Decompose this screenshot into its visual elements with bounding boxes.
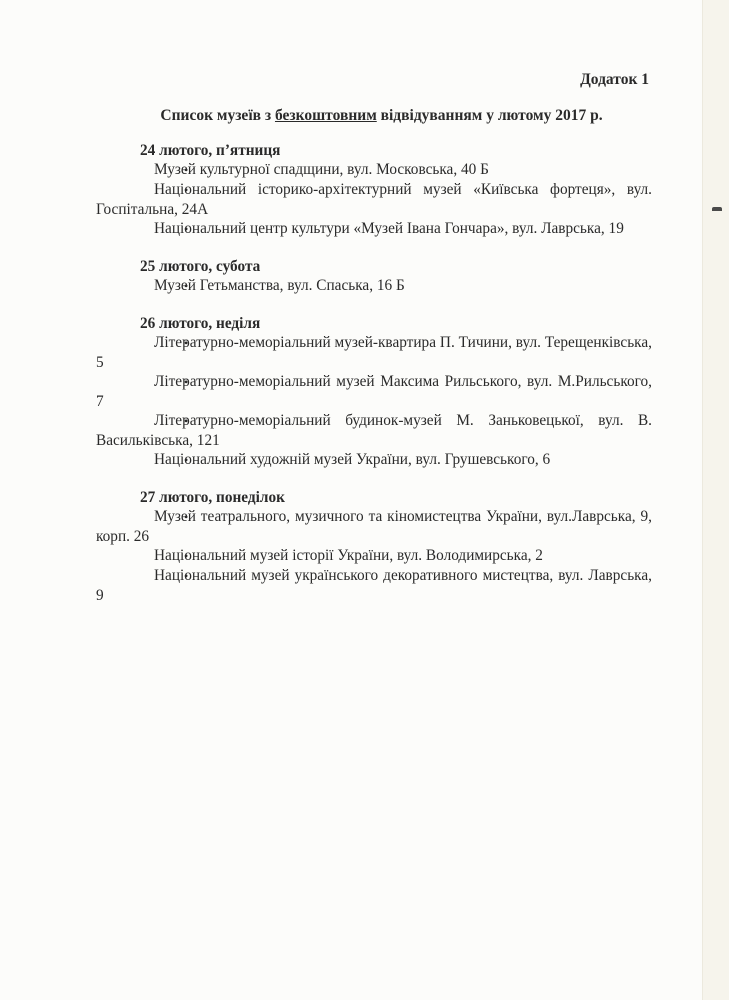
museum-entry: Національний історико-архітектурний музе…: [96, 181, 652, 218]
bullet-icon: •: [140, 412, 154, 431]
bullet-icon: •: [140, 220, 154, 239]
bullet-icon: •: [140, 334, 154, 353]
day-heading: 26 лютого, неділя: [96, 314, 652, 333]
bullet-icon: •: [140, 451, 154, 470]
title-part-1: Список музеїв з: [160, 107, 275, 124]
document-title: Список музеїв з безкоштовним відвідуванн…: [0, 107, 729, 125]
list-item: •Національний центр культури «Музей Іван…: [96, 219, 652, 239]
museum-entry: Музей театрального, музичного та кіномис…: [96, 508, 652, 545]
list-item: •Музей культурної спадщини, вул. Московс…: [96, 160, 652, 180]
museum-entry: Національний художній музей України, вул…: [154, 451, 550, 468]
museum-entry: Літературно-меморіальний музей Максима Р…: [96, 373, 652, 410]
museum-entry: Національний музей історії України, вул.…: [154, 547, 543, 564]
day-section: 27 лютого, понеділок •Музей театрального…: [96, 488, 652, 605]
day-section: 26 лютого, неділя •Літературно-меморіаль…: [96, 314, 652, 470]
bullet-icon: •: [140, 181, 154, 200]
day-heading: 25 лютого, субота: [96, 257, 652, 276]
appendix-label: Додаток 1: [580, 71, 649, 89]
list-item: •Національний музей українського декорат…: [96, 566, 652, 605]
title-part-2: відвідуванням у лютому 2017 р.: [377, 107, 603, 124]
scanned-page-edge: [702, 0, 729, 1000]
scan-artifact-mark: [712, 207, 722, 211]
title-underlined-word: безкоштовним: [275, 107, 377, 124]
museum-schedule: 24 лютого, п’ятниця •Музей культурної сп…: [96, 141, 652, 623]
list-item: •Музей театрального, музичного та кіноми…: [96, 507, 652, 546]
bullet-icon: •: [140, 277, 154, 296]
bullet-icon: •: [140, 161, 154, 180]
bullet-icon: •: [140, 547, 154, 566]
day-section: 25 лютого, субота •Музей Гетьманства, ву…: [96, 257, 652, 296]
museum-entry: Музей Гетьманства, вул. Спаська, 16 Б: [154, 277, 405, 294]
list-item: •Музей Гетьманства, вул. Спаська, 16 Б: [96, 276, 652, 296]
day-heading: 24 лютого, п’ятниця: [96, 141, 652, 160]
bullet-icon: •: [140, 567, 154, 586]
list-item: •Літературно-меморіальний музей-квартира…: [96, 333, 652, 372]
list-item: •Національний музей історії України, вул…: [96, 546, 652, 566]
museum-entry: Національний музей українського декорати…: [96, 567, 652, 604]
list-item: •Літературно-меморіальний музей Максима …: [96, 372, 652, 411]
day-section: 24 лютого, п’ятниця •Музей культурної сп…: [96, 141, 652, 239]
day-heading: 27 лютого, понеділок: [96, 488, 652, 507]
museum-entry: Літературно-меморіальний будинок-музей М…: [96, 412, 652, 449]
list-item: •Національний художній музей України, ву…: [96, 450, 652, 470]
list-item: •Національний історико-архітектурний муз…: [96, 180, 652, 219]
museum-entry: Національний центр культури «Музей Івана…: [154, 220, 624, 237]
museum-entry: Музей культурної спадщини, вул. Московсь…: [154, 161, 489, 178]
bullet-icon: •: [140, 373, 154, 392]
bullet-icon: •: [140, 508, 154, 527]
museum-entry: Літературно-меморіальний музей-квартира …: [96, 334, 652, 371]
list-item: •Літературно-меморіальний будинок-музей …: [96, 411, 652, 450]
